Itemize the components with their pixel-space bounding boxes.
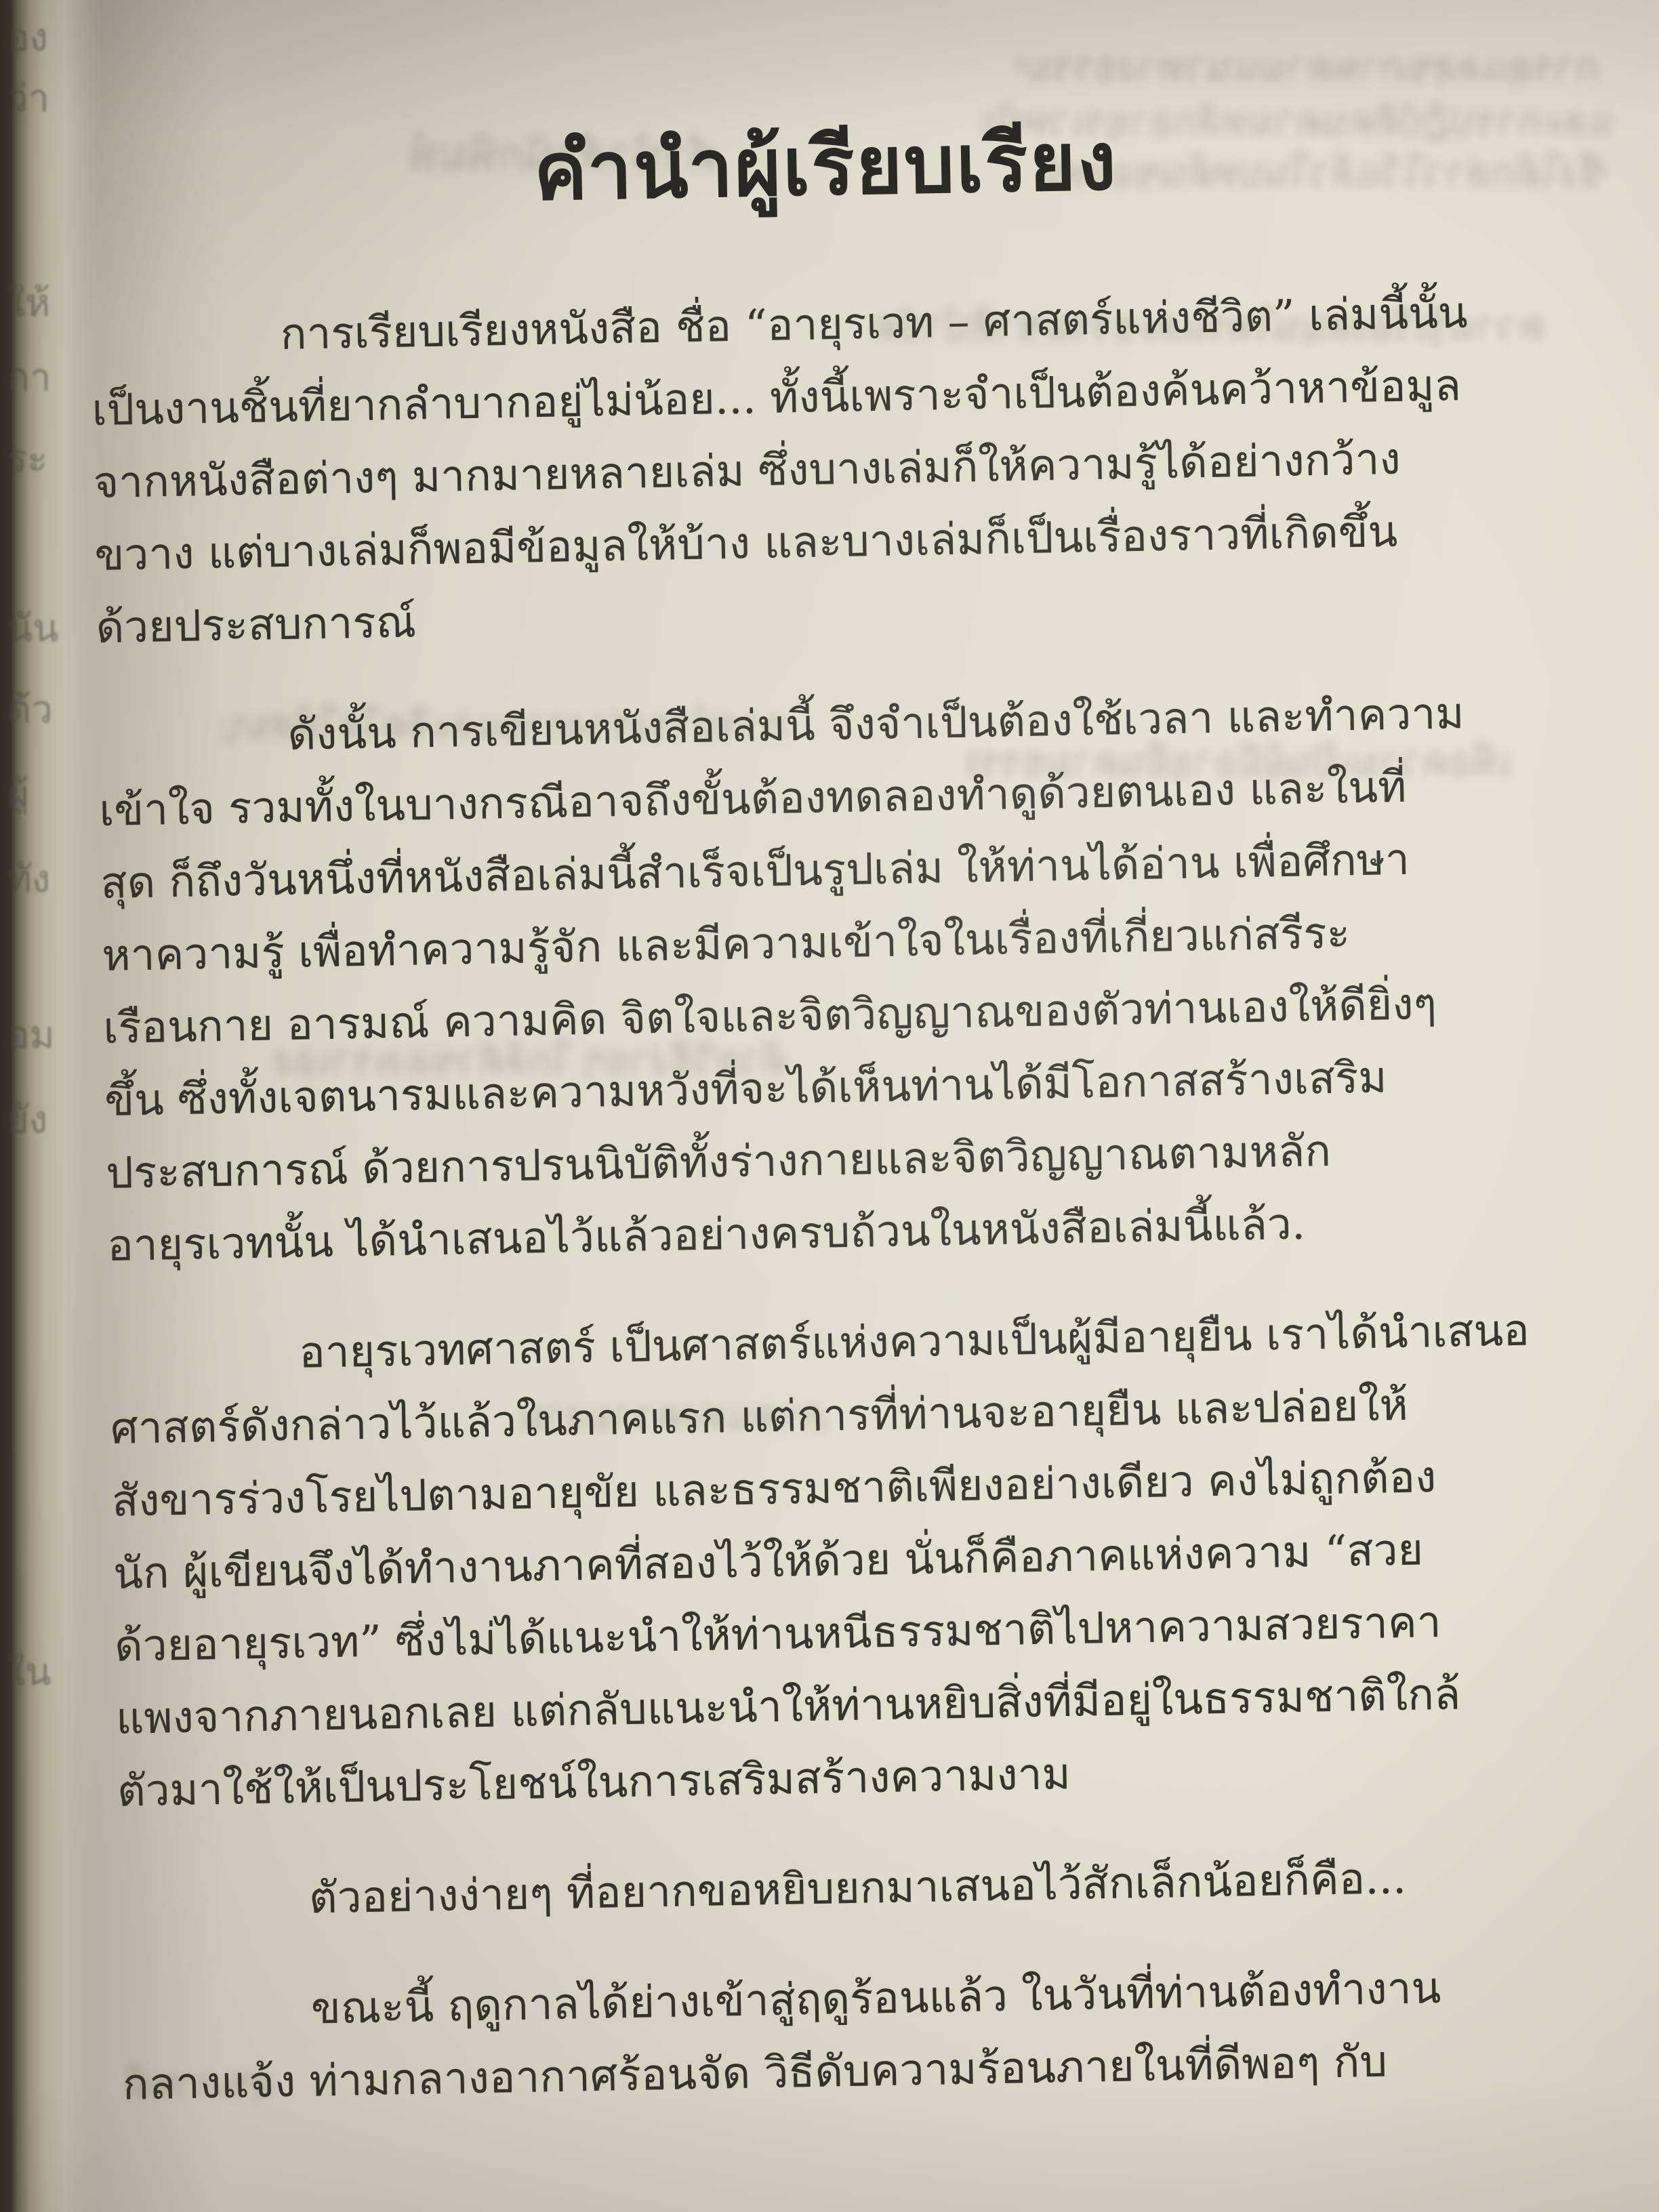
paragraph: อายุรเวทศาสตร์ เป็นศาสตร์แห่งความเป็นผู้…: [108, 1294, 1593, 1828]
page-title: คำนำผู้เรียบเรียง: [87, 98, 1565, 233]
page-surface: การดูแลสุขภาพตามแนวทางธรรมชาติและการปฏิบ…: [0, 0, 1659, 2212]
paragraph: ขณะนี้ ฤดูกาลได้ย่างเข้าสู่ฤดูร้อนแล้ว ใ…: [121, 1950, 1599, 2122]
body-text: การเรียบเรียงหนังสือ ชื่อ “อายุรเวท – ศา…: [90, 276, 1599, 2122]
page-content: คำนำผู้เรียบเรียง การเรียบเรียงหนังสือ ช…: [87, 98, 1599, 2122]
paragraph: ตัวอย่างง่ายๆ ที่อยากขอหยิบยกมาเสนอไว้สั…: [119, 1839, 1596, 1939]
book-page-photo: องว่าให้การะนั้นด้วผู้ทั้งอมยังใน การดูแ…: [0, 0, 1659, 2212]
paragraph: ดังนั้น การเขียนหนังสือเล่มนี้ จึงจำเป็น…: [98, 676, 1584, 1283]
showthrough-text: การดูแลสุขภาพตามแนวทางธรรมชาติ: [1017, 47, 1599, 87]
paragraph: การเรียบเรียงหนังสือ ชื่อ “อายุรเวท – ศา…: [90, 276, 1572, 665]
text-line: ตัวอย่างง่ายๆ ที่อยากขอหยิบยกมาเสนอไว้สั…: [119, 1839, 1596, 1939]
